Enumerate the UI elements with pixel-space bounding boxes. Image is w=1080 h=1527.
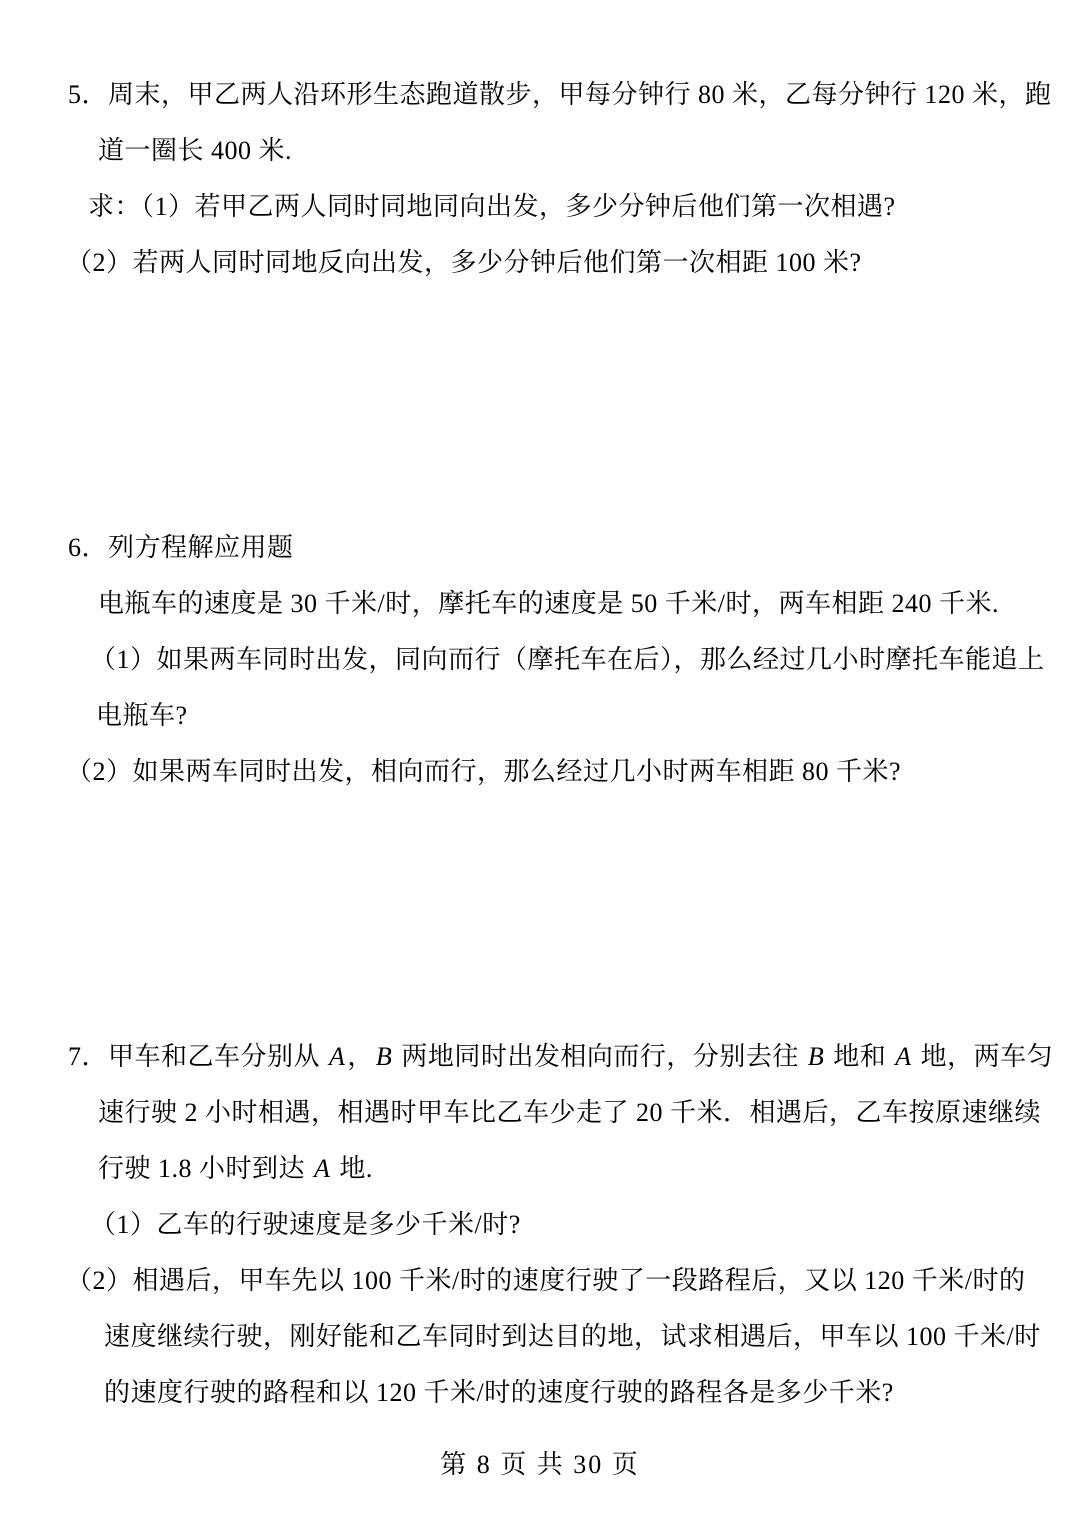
worksheet-page: 5．周末，甲乙两人沿环形生态跑道散步，甲每分钟行 80 米，乙每分钟行 120 … bbox=[0, 0, 1080, 1527]
math-variable: B bbox=[806, 1042, 826, 1071]
problem-7-text-line: 速度继续行驶，刚好能和乙车同时到达目的地，试求相遇后，甲车以 100 千米/时 bbox=[0, 1309, 1080, 1365]
problem-6: 6．列方程解应用题电瓶车的速度是 30 千米/时，摩托车的速度是 50 千米/时… bbox=[0, 520, 1080, 800]
problem-7-text-line: 速行驶 2 小时相遇，相遇时甲车比乙车少走了 20 千米．相遇后，乙车按原速继续 bbox=[0, 1085, 1080, 1141]
problem-5: 5．周末，甲乙两人沿环形生态跑道散步，甲每分钟行 80 米，乙每分钟行 120 … bbox=[0, 67, 1080, 291]
problem-7-text-line: （1）乙车的行驶速度是多少千米/时? bbox=[0, 1197, 1080, 1253]
problem-6-text-line: 6．列方程解应用题 bbox=[0, 520, 1080, 576]
problem-7-text-line: 的速度行驶的路程和以 120 千米/时的速度行驶的路程各是多少千米? bbox=[0, 1365, 1080, 1421]
problem-7-text-line: （2）相遇后，甲车先以 100 千米/时的速度行驶了一段路程后，又以 120 千… bbox=[0, 1253, 1080, 1309]
problem-5-text-line: 5．周末，甲乙两人沿环形生态跑道散步，甲每分钟行 80 米，乙每分钟行 120 … bbox=[0, 67, 1080, 123]
problem-5-text-line: 求：（1）若甲乙两人同时同地同向出发，多少分钟后他们第一次相遇? bbox=[0, 179, 1080, 235]
problem-5-text-line: （2）若两人同时同地反向出发，多少分钟后他们第一次相距 100 米? bbox=[0, 235, 1080, 291]
problems-container: 5．周末，甲乙两人沿环形生态跑道散步，甲每分钟行 80 米，乙每分钟行 120 … bbox=[0, 67, 1080, 1421]
problem-7: 7．甲车和乙车分别从 A，B 两地同时出发相向而行，分别去往 B 地和 A 地，… bbox=[0, 1029, 1080, 1421]
math-variable: A bbox=[893, 1042, 913, 1071]
problem-7-text-line: 7．甲车和乙车分别从 A，B 两地同时出发相向而行，分别去往 B 地和 A 地，… bbox=[0, 1029, 1080, 1085]
problem-5-text-line: 道一圈长 400 米. bbox=[0, 123, 1080, 179]
problem-6-text-line: 电瓶车? bbox=[0, 688, 1080, 744]
math-variable: A bbox=[327, 1042, 347, 1071]
page-footer: 第 8 页 共 30 页 bbox=[0, 1437, 1080, 1493]
problem-6-text-line: （2）如果两车同时出发，相向而行，那么经过几小时两车相距 80 千米? bbox=[0, 744, 1080, 800]
problem-6-text-line: 电瓶车的速度是 30 千米/时，摩托车的速度是 50 千米/时，两车相距 240… bbox=[0, 576, 1080, 632]
problem-6-text-line: （1）如果两车同时出发，同向而行（摩托车在后），那么经过几小时摩托车能追上 bbox=[0, 632, 1080, 688]
problem-7-text-line: 行驶 1.8 小时到达 A 地. bbox=[0, 1141, 1080, 1197]
math-variable: A bbox=[312, 1154, 332, 1183]
math-variable: B bbox=[374, 1042, 394, 1071]
